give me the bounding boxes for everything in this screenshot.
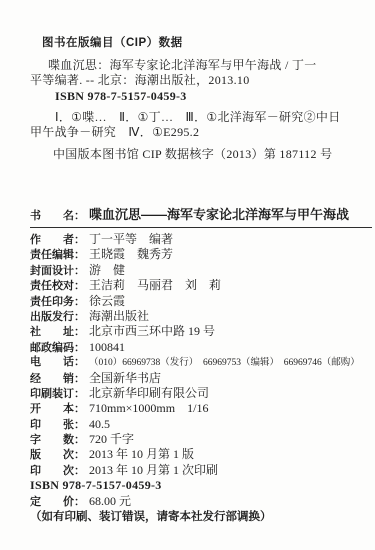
colophon-row-editor: 责任编辑： 王晓霞 魏秀芳 [30, 247, 372, 262]
colophon-row-publisher: 出版发行： 海潮出版社 [30, 309, 372, 324]
cip-isbn: ISBN 978-7-5157-0459-3 [55, 89, 371, 104]
colophon-row-proofreader: 责任校对： 王洁莉 马丽君 刘 莉 [30, 278, 372, 293]
row-label: 责任印务： [30, 295, 85, 310]
row-value: 游 健 [89, 263, 125, 278]
row-label: 印 次： [30, 464, 85, 479]
row-label: 出版发行： [30, 310, 85, 325]
row-label: 电 话： [30, 355, 85, 370]
row-label: 责任编辑： [30, 248, 85, 263]
price-value: 68.00 元 [89, 494, 131, 509]
row-value: 丁一平等 编著 [89, 232, 173, 247]
divider-line [30, 227, 372, 228]
row-label: 作 者： [30, 233, 85, 248]
row-value: （010）66969738（发行） 66969753（编辑） 66969746（… [89, 356, 360, 371]
colophon-row-author: 作 者： 丁一平等 编著 [30, 232, 372, 247]
colophon-row-word-count: 字 数： 720 千字 [30, 432, 372, 447]
book-title-label: 书 名： [30, 207, 85, 225]
row-value: 王晓霞 魏秀芳 [89, 247, 173, 262]
cip-header: 图书在版编目（CIP）数据 [42, 36, 371, 51]
row-label: 社 址： [30, 325, 85, 340]
colophon-row-cover-design: 封面设计： 游 健 [30, 263, 372, 278]
row-label: 印刷装订： [30, 387, 85, 402]
row-value: 王洁莉 马丽君 刘 莉 [89, 278, 221, 293]
cip-block: 图书在版编目（CIP）数据 喋血沉思：海军专家论北洋海军与甲午海战 / 丁一 平… [30, 36, 371, 162]
colophon-row-postcode: 邮政编码： 100841 [30, 340, 372, 355]
row-value: 710mm×1000mm 1/16 [89, 401, 208, 416]
row-label: 责任校对： [30, 279, 85, 294]
colophon-row-address: 社 址： 北京市西三环中路 19 号 [30, 324, 372, 339]
price-label: 定 价： [30, 495, 85, 510]
row-value: 海潮出版社 [89, 309, 149, 324]
colophon-row-print-supervisor: 责任印务： 徐云霞 [30, 294, 372, 309]
cip-classification-line-2: 甲午战争－研究 Ⅳ．①E295.2 [30, 125, 371, 140]
colophon-row-sheets: 印 张： 40.5 [30, 417, 372, 432]
colophon-row-printing-binding: 印刷装订： 北京新华印刷有限公司 [30, 386, 372, 401]
price-row: 定 价： 68.00 元 [30, 494, 372, 509]
row-label: 印 张： [30, 418, 85, 433]
row-label: 版 次： [30, 448, 85, 463]
colophon-row-impression: 印 次： 2013 年 10 月第 1 次印刷 [30, 463, 372, 478]
row-value: 2013 年 10 月第 1 次印刷 [89, 463, 218, 478]
row-label: 封面设计： [30, 264, 85, 279]
row-value: 2013 年 10 月第 1 版 [89, 447, 194, 462]
isbn-line: ISBN 978-7-5157-0459-3 [30, 478, 372, 493]
row-value: 北京市西三环中路 19 号 [89, 324, 215, 339]
colophon-row-phone: 电 话： （010）66969738（发行） 66969753（编辑） 6696… [30, 355, 372, 370]
row-label: 经 销： [30, 372, 85, 387]
colophon-row-format: 开 本： 710mm×1000mm 1/16 [30, 401, 372, 416]
row-value: 100841 [89, 340, 125, 355]
colophon-row-edition: 版 次： 2013 年 10 月第 1 版 [30, 447, 372, 462]
row-label: 开 本： [30, 402, 85, 417]
row-label: 邮政编码： [30, 341, 85, 356]
book-title-row: 书 名： 喋血沉思——海军专家论北洋海军与甲午海战 [30, 206, 372, 224]
colophon-row-distribution: 经 销： 全国新华书店 [30, 371, 372, 386]
row-value: 720 千字 [89, 432, 134, 447]
cip-description-line-2: 平等编著. -- 北京：海潮出版社，2013.10 [30, 73, 371, 88]
row-value: 全国新华书店 [89, 371, 161, 386]
row-value: 40.5 [89, 417, 110, 432]
row-value: 北京新华印刷有限公司 [89, 386, 209, 401]
book-title-value: 喋血沉思——海军专家论北洋海军与甲午海战 [89, 206, 349, 224]
row-value: 徐云霞 [89, 294, 125, 309]
colophon-block: 书 名： 喋血沉思——海军专家论北洋海军与甲午海战 作 者： 丁一平等 编著 责… [30, 206, 372, 525]
row-label: 字 数： [30, 433, 85, 448]
cip-record-number: 中国版本图书馆 CIP 数据核字（2013）第 187112 号 [53, 147, 371, 162]
copyright-page: 图书在版编目（CIP）数据 喋血沉思：海军专家论北洋海军与甲午海战 / 丁一 平… [0, 0, 375, 550]
cip-description-line-1: 喋血沉思：海军专家论北洋海军与甲午海战 / 丁一 [48, 58, 371, 73]
cip-classification-line-1: Ⅰ．①喋… Ⅱ．①丁… Ⅲ．①北洋海军－研究②中日 [55, 110, 371, 125]
errata-note: （如有印刷、装订错误，请寄本社发行部调换） [30, 510, 372, 525]
